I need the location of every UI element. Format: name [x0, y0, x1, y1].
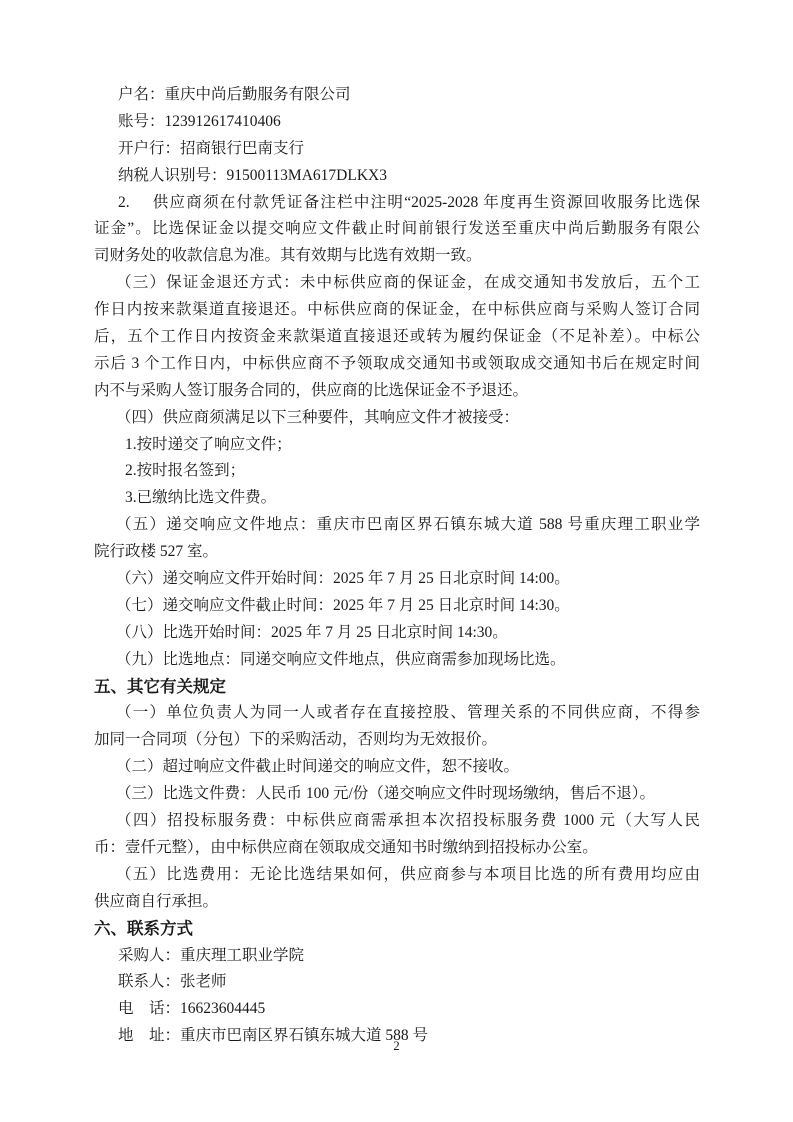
text-line: （八）比选开始时间：2025 年 7 月 25 日北京时间 14:30。 [94, 620, 700, 647]
text-line: 司财务处的收款信息为准。其有效期与比选有效期一致。 [94, 243, 700, 270]
text-line: 示后 3 个工作日内，中标供应商不予领取成交通知书或领取成交通知书后在规定时间 [94, 351, 700, 378]
text-line: 后，五个工作日内按资金来款渠道直接退还或转为履约保证金（不足补差）。中标公 [94, 324, 700, 351]
text-line: 币：壹仟元整），由中标供应商在领取成交通知书时缴纳到招投标办公室。 [94, 835, 700, 862]
page-number: 2 [0, 1038, 793, 1054]
text-line: 院行政楼 527 室。 [94, 539, 700, 566]
text-line: （三）保证金退还方式：未中标供应商的保证金，在成交通知书发放后，五个工 [94, 270, 700, 297]
text-line: 作日内按来款渠道直接退还。中标供应商的保证金，在中标供应商与采购人签订合同 [94, 297, 700, 324]
text-line: 2. 供应商须在付款凭证备注栏中注明“2025-2028 年度再生资源回收服务比… [94, 190, 700, 217]
text-line: （二）超过响应文件截止时间递交的响应文件，恕不接收。 [94, 754, 700, 781]
text-line: 开户行：招商银行巴南支行 [94, 136, 700, 163]
text-line: 采购人：重庆理工职业学院 [94, 943, 700, 970]
text-line: （六）递交响应文件开始时间：2025 年 7 月 25 日北京时间 14:00。 [94, 566, 700, 593]
text-line: （五）比选费用：无论比选结果如何，供应商参与本项目比选的所有费用均应由 [94, 862, 700, 889]
text-line: （四）供应商须满足以下三种要件，其响应文件才被接受： [94, 405, 700, 432]
text-line: （四）招投标服务费：中标供应商需承担本次招投标服务费 1000 元（大写人民 [94, 808, 700, 835]
text-line: 户名：重庆中尚后勤服务有限公司 [94, 82, 700, 109]
text-line: （三）比选文件费：人民币 100 元/份（递交响应文件时现场缴纳，售后不退）。 [94, 781, 700, 808]
text-line: 电 话：16623604445 [94, 996, 700, 1023]
text-line: 供应商自行承担。 [94, 889, 700, 916]
document-content: 户名：重庆中尚后勤服务有限公司账号：123912617410406开户行：招商银… [94, 82, 700, 1050]
text-line: （九）比选地点：同递交响应文件地点，供应商需参加现场比选。 [94, 647, 700, 674]
text-line: 加同一合同项（分包）下的采购活动，否则均为无效报价。 [94, 727, 700, 754]
text-line: 1.按时递交了响应文件； [94, 432, 700, 459]
section-heading: 六、联系方式 [94, 916, 700, 943]
text-line: 内不与采购人签订服务合同的，供应商的比选保证金不予退还。 [94, 378, 700, 405]
text-line: （七）递交响应文件截止时间：2025 年 7 月 25 日北京时间 14:30。 [94, 593, 700, 620]
section-heading: 五、其它有关规定 [94, 674, 700, 701]
text-line: 2.按时报名签到； [94, 458, 700, 485]
text-line: 证金”。比选保证金以提交响应文件截止时间前银行发送至重庆中尚后勤服务有限公 [94, 216, 700, 243]
text-line: （五）递交响应文件地点：重庆市巴南区界石镇东城大道 588 号重庆理工职业学 [94, 512, 700, 539]
text-line: 纳税人识别号：91500113MA617DLKX3 [94, 163, 700, 190]
document-page: 户名：重庆中尚后勤服务有限公司账号：123912617410406开户行：招商银… [0, 0, 793, 1122]
text-line: （一）单位负责人为同一人或者存在直接控股、管理关系的不同供应商，不得参 [94, 700, 700, 727]
text-line: 账号：123912617410406 [94, 109, 700, 136]
text-line: 联系人：张老师 [94, 969, 700, 996]
text-line: 3.已缴纳比选文件费。 [94, 485, 700, 512]
